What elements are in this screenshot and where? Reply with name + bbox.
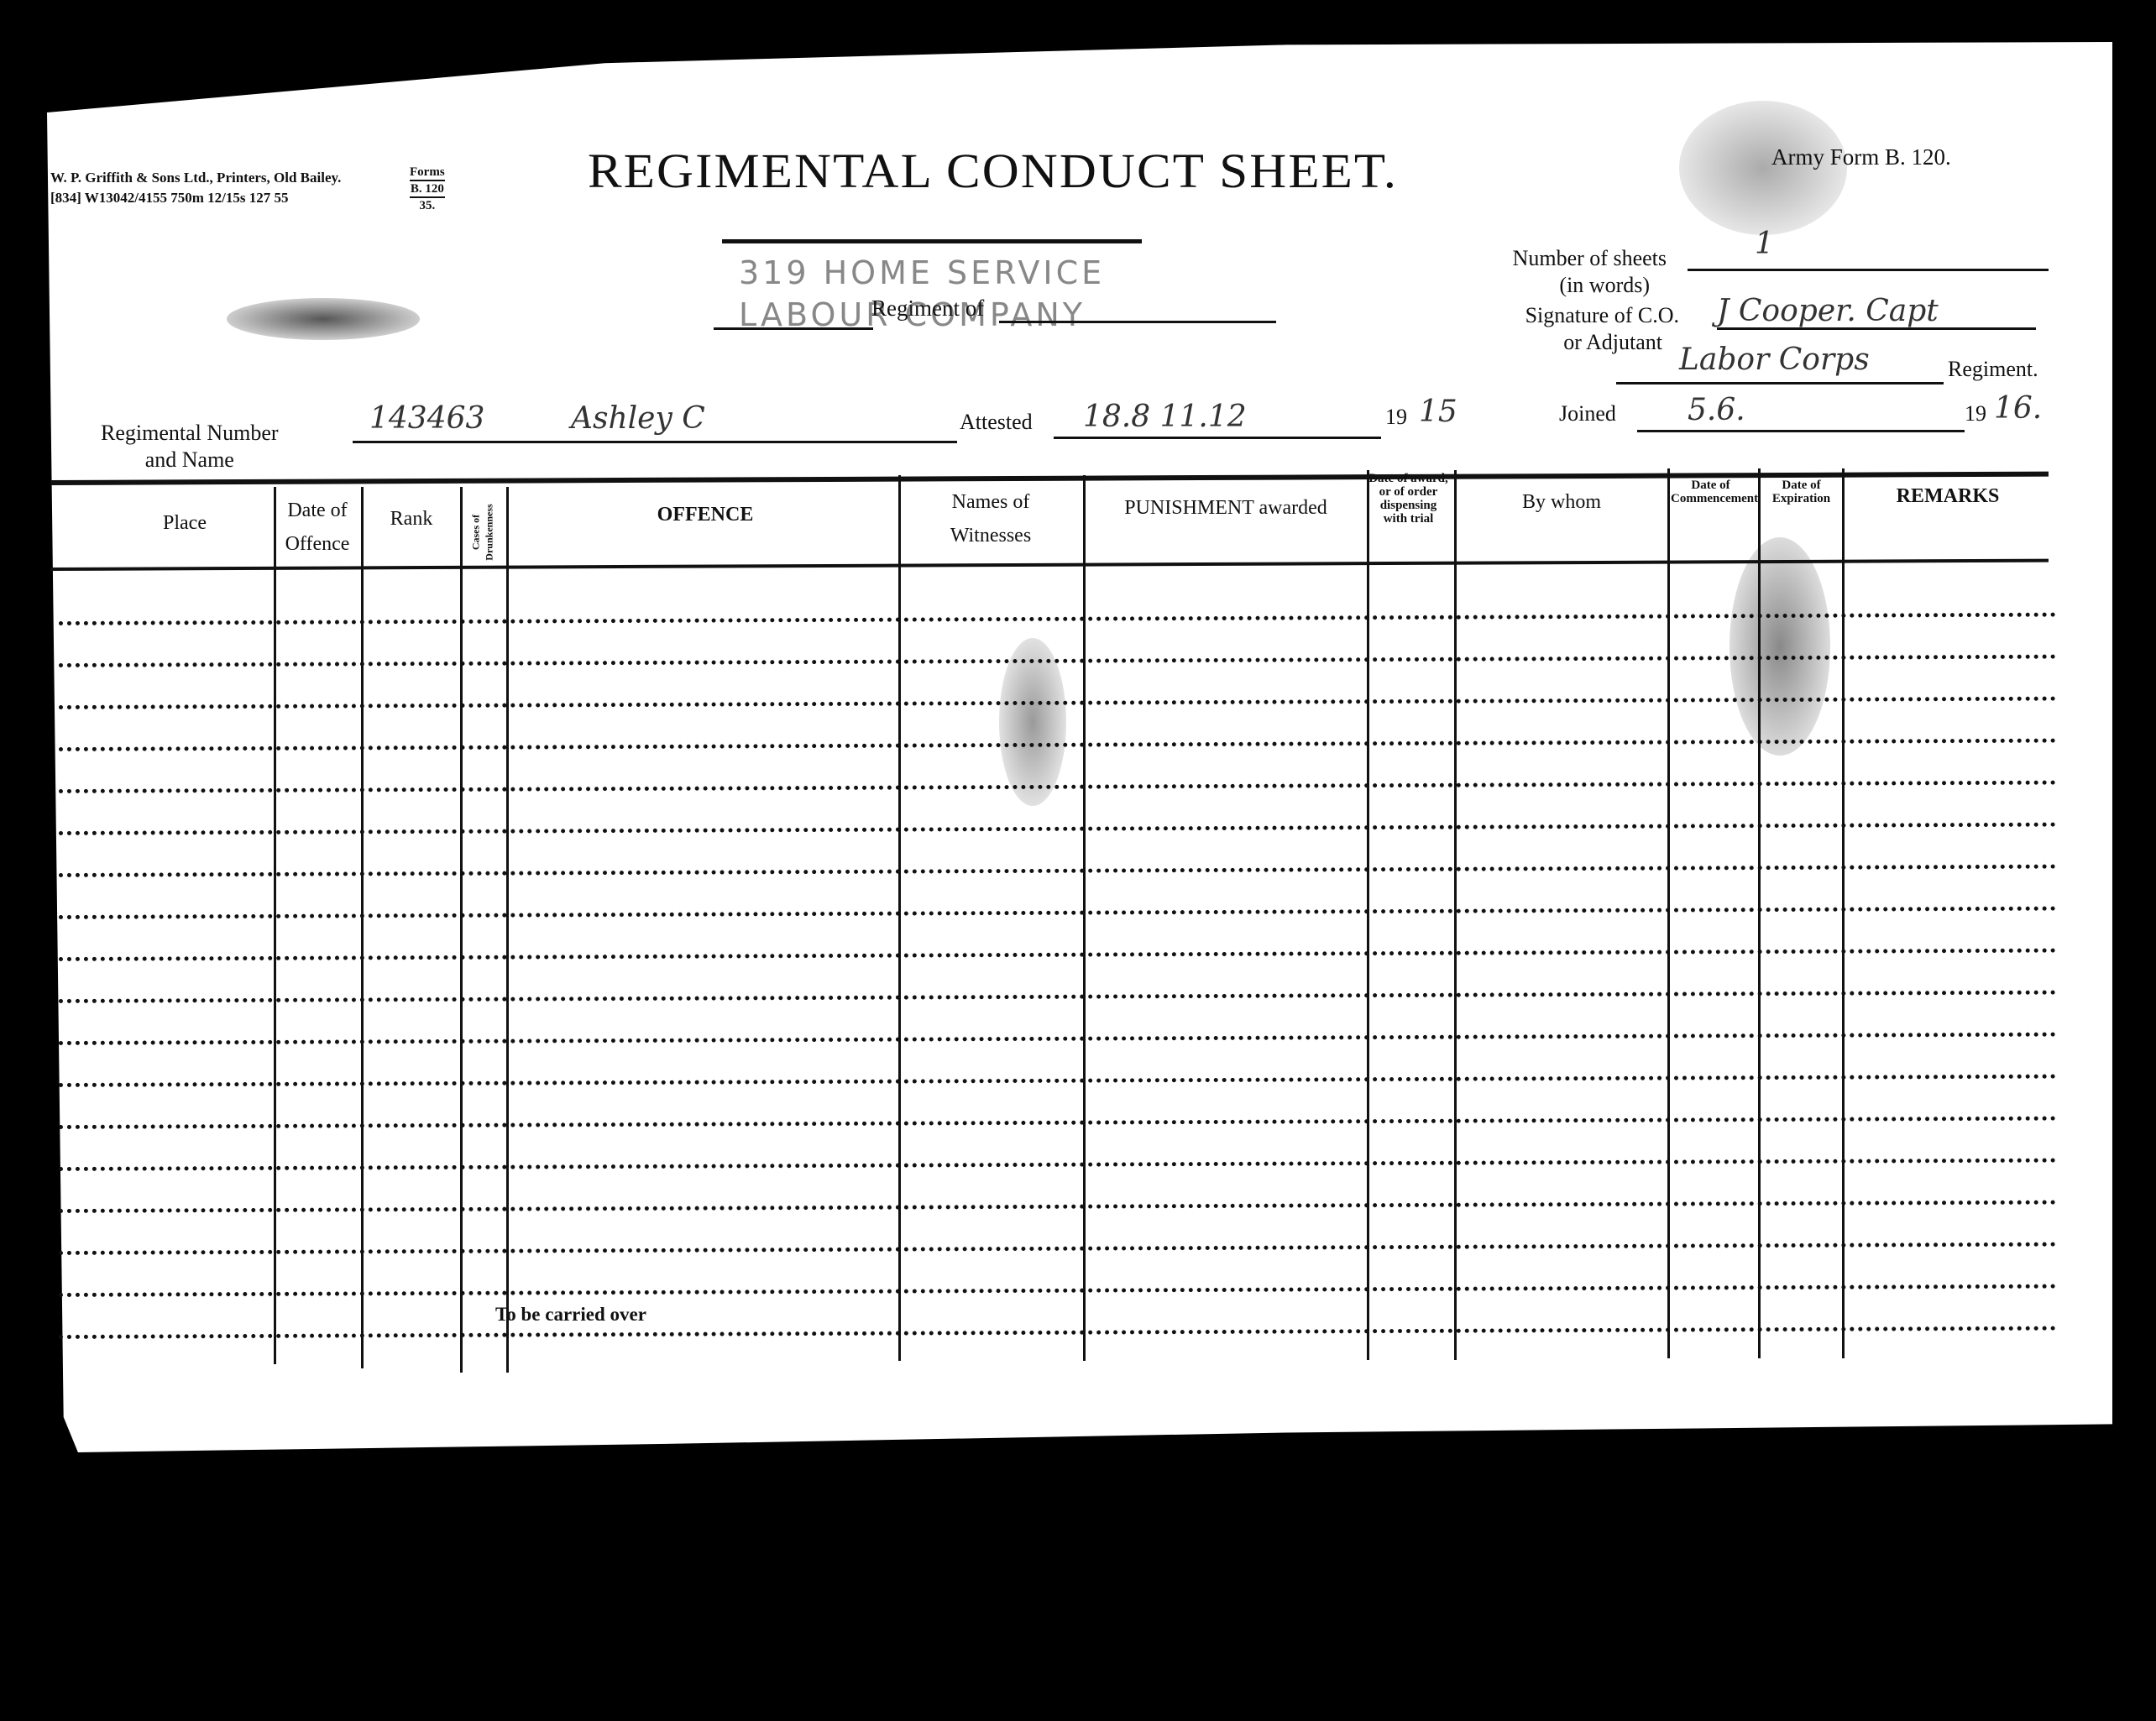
forms-reference: Forms B. 120 35.: [410, 165, 445, 213]
attested-year-prefix: 19: [1385, 405, 1407, 430]
header-place: Place: [134, 512, 235, 535]
printer-line-1: W. P. Griffith & Sons Ltd., Printers, Ol…: [50, 168, 341, 188]
joined-year-value[interactable]: 16.: [1994, 391, 2042, 426]
forms-mid: B. 120: [410, 180, 445, 196]
forms-bottom: 35.: [410, 196, 445, 213]
printer-imprint: W. P. Griffith & Sons Ltd., Printers, Ol…: [50, 168, 341, 208]
ink-smudge: [227, 298, 420, 340]
signature-value[interactable]: J Cooper. Capt: [1717, 294, 1939, 328]
name-line: [353, 441, 957, 443]
header-cases-of-drunkenness: Cases of Drunkenness: [469, 493, 496, 573]
attested-year-value[interactable]: 15: [1419, 395, 1457, 429]
header-date-of-commencement: Date of Commencement: [1671, 479, 1750, 505]
page-title: REGIMENTAL CONDUCT SHEET.: [588, 143, 1398, 199]
header-date-of-award: Date of award, or of order dispensing wi…: [1368, 472, 1448, 526]
regimental-number-label: Regimental Number and Name: [101, 420, 279, 473]
in-words-label: (in words): [1490, 272, 1667, 299]
reg-number-label: Regimental Number: [101, 420, 279, 447]
and-name-label: and Name: [101, 447, 279, 473]
column-divider: [1083, 475, 1086, 1361]
carried-over-label: To be carried over: [495, 1304, 646, 1326]
sheets-label: Number of sheets: [1490, 245, 1667, 272]
army-form-number: Army Form B. 120.: [1771, 144, 1951, 170]
attested-line: [1054, 437, 1381, 439]
column-divider: [898, 475, 901, 1361]
number-of-sheets-label: Number of sheets (in words): [1490, 245, 1667, 299]
regimental-number-value[interactable]: 143463: [369, 401, 484, 436]
header-date-of-offence: Date of Offence: [275, 494, 359, 561]
joined-date-value[interactable]: 5.6.: [1688, 393, 1745, 427]
header-by-whom: By whom: [1478, 491, 1646, 514]
column-divider: [1367, 470, 1369, 1360]
joined-line: [1637, 430, 1965, 432]
attested-date-value[interactable]: 18.8 11.12: [1083, 400, 1247, 434]
sheets-line: [1688, 269, 2049, 271]
attested-label: Attested: [960, 410, 1033, 435]
forms-top: Forms: [410, 165, 445, 180]
header-names-of-witnesses: Names of Witnesses: [924, 485, 1058, 552]
number-of-sheets-value[interactable]: 1: [1755, 227, 1774, 261]
joined-label: Joined: [1559, 401, 1616, 426]
regiment-of-line-right: [999, 321, 1276, 323]
column-divider: [1454, 470, 1457, 1360]
header-remarks: REMARKS: [1855, 485, 2040, 508]
header-offence: OFFENCE: [588, 504, 823, 526]
column-divider: [1758, 468, 1761, 1358]
column-divider: [274, 487, 276, 1364]
stamp-line-1: 319 HOME SERVICE: [739, 252, 1105, 294]
header-punishment-awarded: PUNISHMENT awarded: [1091, 497, 1360, 520]
printer-line-2: [834] W13042/4155 750m 12/15s 127 55: [50, 188, 341, 208]
regiment-line: [1616, 382, 1944, 384]
adjutant-label: or Adjutant: [1503, 329, 1679, 356]
header-rank: Rank: [369, 508, 453, 531]
signature-co-label: Signature of C.O.: [1503, 302, 1679, 329]
ink-stain: [1730, 537, 1830, 756]
signature-label: Signature of C.O. or Adjutant: [1503, 302, 1679, 356]
regiment-of-line-left: [714, 327, 873, 330]
joined-year-prefix: 19: [1965, 401, 1986, 426]
title-rule: [722, 239, 1142, 243]
unit-stamp: 319 HOME SERVICE LABOUR COMPANY: [739, 252, 1105, 336]
regiment-label: Regiment.: [1948, 357, 2038, 382]
signature-line: [1717, 327, 2036, 330]
regiment-value[interactable]: Labor Corps: [1679, 343, 1870, 377]
column-divider: [1842, 468, 1845, 1358]
soldier-name-value[interactable]: Ashley C: [571, 401, 705, 436]
regiment-of-label: Regiment of: [871, 296, 984, 322]
column-divider: [1667, 468, 1670, 1358]
header-date-of-expiration: Date of Expiration: [1761, 479, 1841, 505]
